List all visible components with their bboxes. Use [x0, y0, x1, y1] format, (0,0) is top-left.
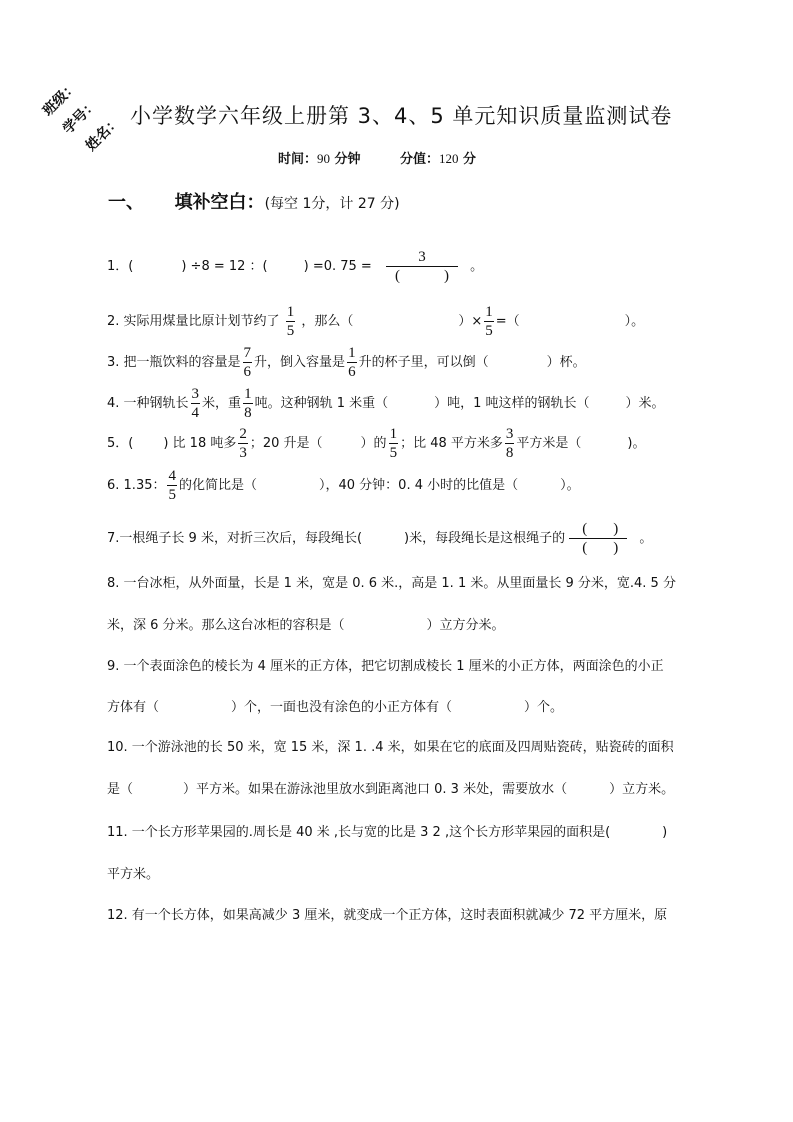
section-note: (每空 1分，计 27 分)	[265, 196, 400, 212]
q11-text: 11. 一个长方形苹果园的.周长是 40 米 ,长与宽的比是 3 2 ,这个长方…	[107, 825, 610, 840]
fraction-denominator[interactable]: ()	[386, 267, 458, 285]
q5-text: ）的	[361, 436, 387, 451]
fraction: 34	[191, 385, 201, 422]
fraction: 23	[238, 425, 248, 462]
q4-text: ）米。	[626, 396, 665, 411]
q5-text: 平方米是（	[516, 436, 581, 451]
q6-text: ），40 分钟：0. 4 小时的比值是（	[319, 478, 518, 493]
fraction: 16	[347, 344, 357, 381]
q3-text: ）杯。	[547, 355, 586, 370]
q6-text: ）。	[560, 478, 580, 493]
q5-text: ；比 48 平方米多	[400, 436, 503, 451]
q7-text: 。	[639, 531, 652, 546]
q2-text: =（	[496, 314, 520, 329]
q4-text: 米，重	[202, 396, 241, 411]
q10-text: ）立方米。	[609, 782, 674, 797]
question-7: 7.一根绳子长 9 米，对折三次后，每段绳长()米，每段绳长是这根绳子的 () …	[107, 520, 652, 557]
fraction: 15	[286, 303, 296, 340]
q8-text: ）立方分米。	[427, 618, 505, 633]
score-value: 120	[439, 151, 459, 166]
question-8-line-1: 8. 一台冰柜，从外面量，长是 1 米，宽是 0. 6 米.，高是 1. 1 米…	[107, 574, 676, 594]
q5-text: 5．(	[107, 436, 133, 451]
q2-text: ，那么（	[301, 314, 353, 329]
q9-text: ）个，一面也没有涂色的小正方体有（	[231, 700, 452, 715]
q9-text: ）个。	[524, 700, 563, 715]
q1-text: ) =0. 75 =	[304, 259, 372, 274]
q2-text: ）。	[625, 314, 645, 329]
q5-text: ；20 升是（	[250, 436, 323, 451]
time-label: 时间：	[278, 152, 317, 167]
fraction: 15	[389, 425, 399, 462]
q3-text: 升，倒入容量是	[254, 355, 345, 370]
q4-text: 4. 一种钢轨长	[107, 396, 189, 411]
q10-text: ）平方米。如果在游泳池里放水到距离池口 0. 3 米处，需要放水（	[183, 782, 567, 797]
question-8-line-2: 米，深 6 分米。那么这台冰柜的容积是（）立方分米。	[107, 616, 505, 636]
fraction: 45	[167, 467, 177, 504]
q8-text: 米，深 6 分米。那么这台冰柜的容积是（	[107, 618, 345, 633]
q4-text: 吨。这种钢轨 1 米重（	[255, 396, 389, 411]
section-number: 一、	[108, 192, 144, 213]
q6-text: 的化简比是（	[179, 478, 257, 493]
q2-text: 2. 实际用煤量比原计划节约了	[107, 314, 280, 329]
q3-text: 3. 把一瓶饮料的容量是	[107, 355, 241, 370]
q7-text: 7.一根绳子长 9 米，对折三次后，每段绳长(	[107, 531, 362, 546]
exam-time: 时间：90 分钟	[278, 148, 361, 167]
fraction-numerator: 3	[386, 248, 458, 267]
fraction: 38	[505, 425, 515, 462]
question-9-line-1: 9. 一个表面涂色的棱长为 4 厘米的正方体，把它切割成棱长 1 厘米的小正方体…	[107, 657, 664, 677]
section-heading: 一、 填补空白：(每空 1分，计 27 分)	[108, 188, 400, 214]
page-title: 小学数学六年级上册第 3、4、5 单元知识质量监测试卷	[130, 100, 672, 130]
fraction: 3 ()	[386, 248, 458, 285]
question-5: 5．() 比 18 吨多23；20 升是（）的15；比 48 平方米多38平方米…	[107, 425, 645, 462]
time-unit: 分钟	[335, 152, 361, 167]
q4-text: ）吨，1 吨这样的钢轨长（	[434, 396, 589, 411]
question-11-line-2: 平方米。	[107, 865, 159, 885]
q5-text: )。	[627, 436, 645, 451]
fraction[interactable]: () ()	[569, 520, 627, 557]
question-2: 2. 实际用煤量比原计划节约了 15 ，那么（）×15=（）。	[107, 303, 644, 340]
q7-text: )米，每段绳长是这根绳子的	[404, 531, 565, 546]
score-label: 分值：	[400, 152, 439, 167]
q5-text: ) 比 18 吨多	[163, 436, 236, 451]
q9-text: 方体有（	[107, 700, 159, 715]
q1-text: ) ÷8 = 12 ：(	[181, 259, 267, 274]
question-1: 1．() ÷8 = 12 ：() =0. 75 = 3 () 。	[107, 248, 483, 285]
time-value: 90	[317, 151, 330, 166]
question-12-line-1: 12. 有一个长方体，如果高减少 3 厘米，就变成一个正方体，这时表面积就减少 …	[107, 906, 667, 926]
section-title: 填补空白：	[175, 192, 265, 213]
question-4: 4. 一种钢轨长34米，重18吨。这种钢轨 1 米重（）吨，1 吨这样的钢轨长（…	[107, 385, 665, 422]
score-unit: 分	[463, 152, 476, 167]
q6-text: 6. 1.35：	[107, 478, 165, 493]
q11-text: )	[662, 825, 667, 840]
question-10-line-1: 10. 一个游泳池的长 50 米，宽 15 米，深 1. .4 米，如果在它的底…	[107, 738, 674, 758]
question-11-line-1: 11. 一个长方形苹果园的.周长是 40 米 ,长与宽的比是 3 2 ,这个长方…	[107, 823, 667, 843]
question-6: 6. 1.35：45的化简比是（），40 分钟：0. 4 小时的比值是（）。	[107, 467, 580, 504]
fraction: 15	[484, 303, 494, 340]
q10-text: 是（	[107, 782, 133, 797]
q2-text: ）×	[458, 314, 482, 329]
fraction: 76	[243, 344, 253, 381]
q3-text: 升的杯子里，可以倒（	[359, 355, 489, 370]
fraction: 18	[243, 385, 253, 422]
q1-text: 1．(	[107, 259, 133, 274]
q1-text: 。	[470, 259, 483, 274]
exam-score: 分值：120 分	[400, 148, 476, 167]
question-3: 3. 把一瓶饮料的容量是76升，倒入容量是16升的杯子里，可以倒（）杯。	[107, 344, 586, 381]
question-9-line-2: 方体有（）个，一面也没有涂色的小正方体有（）个。	[107, 698, 563, 718]
question-10-line-2: 是（）平方米。如果在游泳池里放水到距离池口 0. 3 米处，需要放水（）立方米。	[107, 780, 674, 800]
